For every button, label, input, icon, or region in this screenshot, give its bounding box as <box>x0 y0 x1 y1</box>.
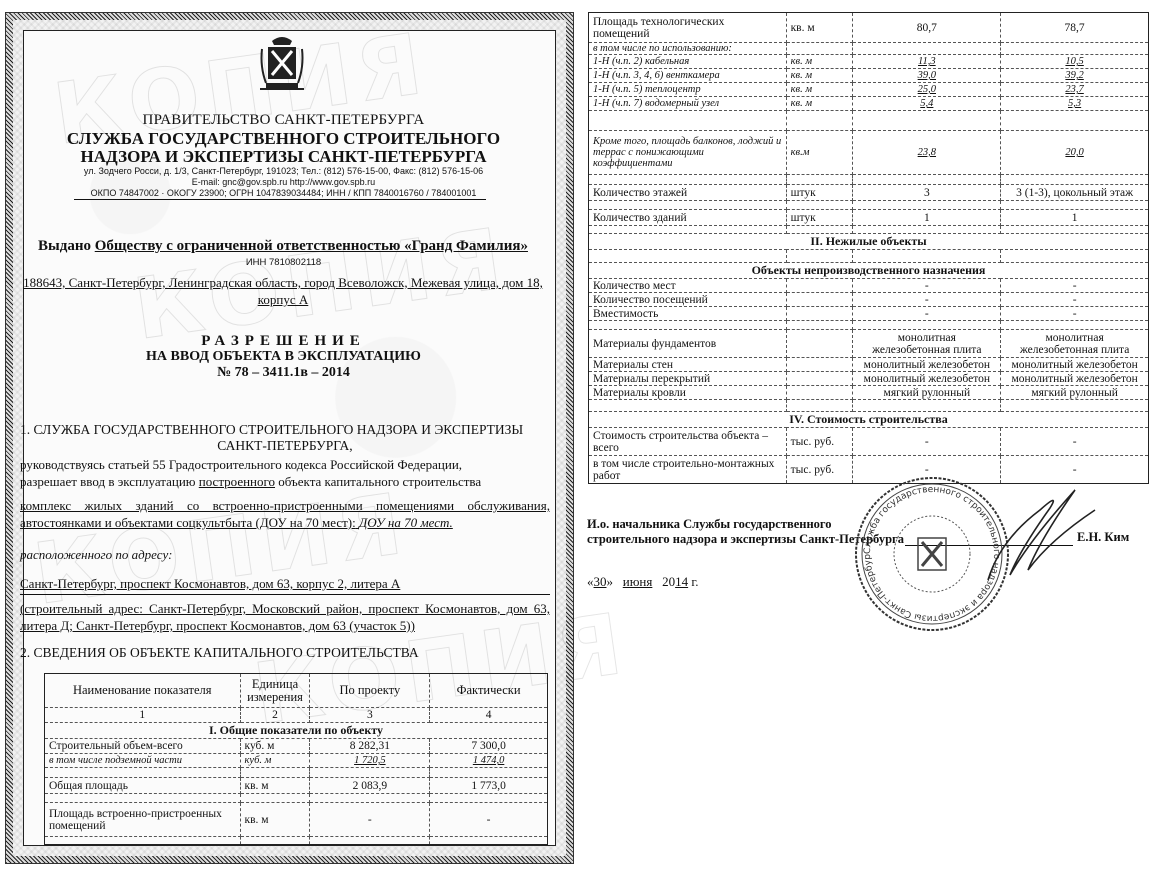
section-row: Объекты непроизводственного назначения <box>589 263 1149 279</box>
cell-name: Материалы перекрытий <box>589 372 787 386</box>
service-name-line1: СЛУЖБА ГОСУДАРСТВЕННОГО СТРОИТЕЛЬНОГО <box>22 129 545 149</box>
col-number: 2 <box>240 708 310 723</box>
cell-name: Количество этажей <box>589 185 787 201</box>
empty-cell <box>589 201 787 210</box>
empty-cell <box>45 837 241 845</box>
empty-cell <box>786 111 853 131</box>
table-row: Материалы перекрытиймонолитный железобет… <box>589 372 1149 386</box>
cell-actual: мягкий рулонный <box>1001 386 1149 400</box>
cell-unit: штук <box>786 185 853 201</box>
issue-date: «30» июня 2014 г. <box>587 574 698 590</box>
empty-cell <box>45 794 241 803</box>
blank-row <box>589 250 1149 263</box>
cell-name: Материалы стен <box>589 358 787 372</box>
cell-project: 80,7 <box>853 13 1001 43</box>
cell-unit: кв. м <box>786 13 853 43</box>
cell-unit: штук <box>786 210 853 226</box>
permits-prefix: разрешает ввод в эксплуатацию <box>20 474 196 489</box>
blank-row <box>589 111 1149 131</box>
empty-cell <box>240 768 310 778</box>
cell-project: монолитный железобетон <box>853 358 1001 372</box>
located-label: расположенного по адресу: <box>20 546 550 563</box>
object-location: Санкт-Петербург, проспект Космонавтов, д… <box>20 575 550 595</box>
table-row: 1-Н (ч.п. 3, 4, 6) венткамеракв. м39,039… <box>589 69 1149 83</box>
table-row: Строительный объем-всегокуб. м8 282,317 … <box>45 739 548 754</box>
cell-actual: - <box>1001 279 1149 293</box>
empty-cell <box>589 400 787 412</box>
legal-basis: руководствуясь статьей 55 Градостроитель… <box>20 456 550 490</box>
section-2-heading: 2. СВЕДЕНИЯ ОБ ОБЪЕКТЕ КАПИТАЛЬНОГО СТРО… <box>20 645 419 661</box>
empty-cell <box>1001 250 1149 263</box>
col-header-actual: Фактически <box>430 674 548 708</box>
issued-prefix: Выдано <box>38 238 91 254</box>
cell-project: 25,0 <box>853 83 1001 97</box>
table-row: 1-Н (ч.п. 7) водомерный узелкв. м5,45,3 <box>589 97 1149 111</box>
permit-number: № 78 – 3411.1в – 2014 <box>22 365 545 381</box>
cell-actual: монолитный железобетон <box>1001 358 1149 372</box>
table-row: 1-Н (ч.п. 5) теплоцентркв. м25,023,7 <box>589 83 1149 97</box>
empty-cell <box>853 321 1001 330</box>
cell-unit <box>786 330 853 358</box>
empty-cell <box>853 111 1001 131</box>
table-row: в том числе подземной частикуб. м1 720,5… <box>45 754 548 768</box>
cell-project: 3 <box>853 185 1001 201</box>
cell-project: - <box>310 803 430 837</box>
section-row: II. Нежилые объекты <box>589 234 1149 250</box>
cell-actual: 1 773,0 <box>430 778 548 794</box>
cell-project: 8 282,31 <box>310 739 430 754</box>
cell-project: монолитный железобетон <box>853 372 1001 386</box>
table-row: Материалы кровлимягкий рулонныймягкий ру… <box>589 386 1149 400</box>
empty-cell <box>310 837 430 845</box>
empty-cell <box>786 250 853 263</box>
cell-unit <box>786 307 853 321</box>
empty-cell <box>786 175 853 185</box>
cell-name: в том числе строительно-монтажных работ <box>589 456 787 484</box>
blank-row <box>45 768 548 778</box>
table-row: Материалы стенмонолитный железобетонмоно… <box>589 358 1149 372</box>
cell-unit: куб. м <box>240 754 310 768</box>
cell-project: 11,3 <box>853 55 1001 69</box>
table-row: в том числе по использованию: <box>589 43 1149 55</box>
company-inn: ИНН 7810802118 <box>22 257 545 268</box>
cell-unit: кв. м <box>786 55 853 69</box>
empty-cell <box>589 250 787 263</box>
section-row: IV. Стоимость строительства <box>589 412 1149 428</box>
empty-cell <box>853 201 1001 210</box>
empty-cell <box>430 794 548 803</box>
cell-project: - <box>853 279 1001 293</box>
cell-actual: 20,0 <box>1001 131 1149 175</box>
empty-cell <box>589 111 787 131</box>
section-title: Объекты непроизводственного назначения <box>589 263 1149 279</box>
cell-name: в том числе по использованию: <box>589 43 787 55</box>
cell-actual: 39,2 <box>1001 69 1149 83</box>
empty-cell <box>310 794 430 803</box>
header-divider <box>74 199 486 200</box>
object-info-table: Наименование показателя Единица измерени… <box>44 673 548 845</box>
cell-name: 1-Н (ч.п. 3, 4, 6) венткамера <box>589 69 787 83</box>
service-registry-codes: ОКПО 74847002 · ОКОГУ 23900; ОГРН 104783… <box>22 188 545 198</box>
cell-unit <box>786 372 853 386</box>
cell-project: - <box>853 307 1001 321</box>
cell-unit <box>786 358 853 372</box>
table-row: Площадь встроенно-пристроенных помещений… <box>45 803 548 837</box>
col-header-unit: Единица измерения <box>240 674 310 708</box>
cell-unit: кв. м <box>786 83 853 97</box>
government-name: ПРАВИТЕЛЬСТВО САНКТ-ПЕТЕРБУРГА <box>22 112 545 129</box>
empty-cell <box>1001 201 1149 210</box>
cell-name: Материалы кровли <box>589 386 787 400</box>
object-info-table-continued: Площадь технологических помещенийкв. м80… <box>588 12 1149 484</box>
empty-cell <box>1001 226 1149 234</box>
section-1-heading: 1. СЛУЖБА ГОСУДАРСТВЕННОГО СТРОИТЕЛЬНОГО… <box>20 422 550 454</box>
cell-project: 2 083,9 <box>310 778 430 794</box>
cell-unit: кв. м <box>786 69 853 83</box>
section-title: IV. Стоимость строительства <box>589 412 1149 428</box>
blank-row <box>589 175 1149 185</box>
cell-actual <box>1001 43 1149 55</box>
date-year-prefix: 20 <box>662 574 675 589</box>
empty-cell <box>240 837 310 845</box>
date-day: 30 <box>594 574 607 589</box>
cell-name: Кроме того, площадь балконов, лоджий и т… <box>589 131 787 175</box>
section-title: II. Нежилые объекты <box>589 234 1149 250</box>
cell-project: - <box>853 428 1001 456</box>
cell-unit: куб. м <box>240 739 310 754</box>
empty-cell <box>1001 111 1149 131</box>
empty-cell <box>240 794 310 803</box>
construction-address: (строительный адрес: Санкт-Петербург, Мо… <box>20 600 550 634</box>
empty-cell <box>853 400 1001 412</box>
cell-unit <box>786 386 853 400</box>
service-name-line2: НАДЗОРА И ЭКСПЕРТИЗЫ САНКТ-ПЕТЕРБУРГА <box>22 147 545 167</box>
cell-project: 5,4 <box>853 97 1001 111</box>
blank-row <box>589 201 1149 210</box>
cell-actual: - <box>1001 307 1149 321</box>
permits-suffix: объекта капитального строительства <box>278 474 481 489</box>
cell-project: 1 720,5 <box>310 754 430 768</box>
cell-actual: 1 474,0 <box>430 754 548 768</box>
coat-of-arms-icon <box>258 33 306 95</box>
cell-unit: тыс. руб. <box>786 428 853 456</box>
cell-actual: монолитный железобетон <box>1001 372 1149 386</box>
empty-cell <box>853 250 1001 263</box>
cell-actual: 23,7 <box>1001 83 1149 97</box>
table-row: 1-Н (ч.п. 2) кабельнаякв. м11,310,5 <box>589 55 1149 69</box>
section-1-line1: 1. СЛУЖБА ГОСУДАРСТВЕННОГО СТРОИТЕЛЬНОГО… <box>20 422 550 438</box>
empty-cell <box>430 837 548 845</box>
col-number: 4 <box>430 708 548 723</box>
col-header-project: По проекту <box>310 674 430 708</box>
issued-to: Выдано Обществу с ограниченной ответстве… <box>18 238 548 255</box>
object-description: комплекс жилых зданий со встроенно-прист… <box>20 497 550 531</box>
table-row: Кроме того, площадь балконов, лоджий и т… <box>589 131 1149 175</box>
blank-row <box>589 321 1149 330</box>
empty-cell <box>786 321 853 330</box>
blank-row <box>45 837 548 845</box>
object-description-italic: ДОУ на 70 мест. <box>359 515 453 530</box>
cell-name: Материалы фундаментов <box>589 330 787 358</box>
cell-actual: 7 300,0 <box>430 739 548 754</box>
cell-name: Количество зданий <box>589 210 787 226</box>
cell-unit: кв. м <box>240 778 310 794</box>
empty-cell <box>786 226 853 234</box>
cell-project: 1 <box>853 210 1001 226</box>
cell-name: Общая площадь <box>45 778 241 794</box>
date-month: июня <box>623 574 653 589</box>
cell-name: Количество посещений <box>589 293 787 307</box>
cell-name: Площадь технологических помещений <box>589 13 787 43</box>
cell-actual: 10,5 <box>1001 55 1149 69</box>
empty-cell <box>430 768 548 778</box>
table-row: Общая площадькв. м2 083,91 773,0 <box>45 778 548 794</box>
table-row: Площадь технологических помещенийкв. м80… <box>589 13 1149 43</box>
cell-name: 1-Н (ч.п. 5) теплоцентр <box>589 83 787 97</box>
cell-actual: монолитная железобетонная плита <box>1001 330 1149 358</box>
cell-name: Стоимость строительства объекта – всего <box>589 428 787 456</box>
table-row: Количество мест-- <box>589 279 1149 293</box>
empty-cell <box>45 768 241 778</box>
cell-name: Вместимость <box>589 307 787 321</box>
cell-unit: кв. м <box>786 97 853 111</box>
object-description-text: комплекс жилых зданий со встроенно-прист… <box>20 498 550 530</box>
table-row: Количество зданийштук11 <box>589 210 1149 226</box>
empty-cell <box>310 768 430 778</box>
cell-unit <box>786 293 853 307</box>
cell-project: монолитная железобетонная плита <box>853 330 1001 358</box>
table-row: Количество посещений-- <box>589 293 1149 307</box>
section-title: I. Общие показатели по объекту <box>45 723 548 739</box>
col-number: 3 <box>310 708 430 723</box>
signature-autograph-icon <box>980 480 1100 590</box>
section-1-line2: САНКТ-ПЕТЕРБУРГА, <box>20 438 550 454</box>
permit-subtitle: НА ВВОД ОБЪЕКТА В ЭКСПЛУАТАЦИЮ <box>22 349 545 365</box>
cell-actual: 5,3 <box>1001 97 1149 111</box>
table-row: Материалы фундаментовмонолитная железобе… <box>589 330 1149 358</box>
cell-actual: - <box>1001 428 1149 456</box>
blank-row <box>589 400 1149 412</box>
col-header-name: Наименование показателя <box>45 674 241 708</box>
cell-name: 1-Н (ч.п. 7) водомерный узел <box>589 97 787 111</box>
cell-name: 1-Н (ч.п. 2) кабельная <box>589 55 787 69</box>
empty-cell <box>589 175 787 185</box>
date-year-suffix: 14 <box>675 574 688 589</box>
table-row: Стоимость строительства объекта – всегот… <box>589 428 1149 456</box>
blank-row <box>45 794 548 803</box>
date-suffix: г. <box>691 574 698 589</box>
empty-cell <box>1001 321 1149 330</box>
issued-to-company: Обществу с ограниченной ответственностью… <box>95 238 528 254</box>
permit-title: РАЗРЕШЕНИЕ <box>22 333 545 350</box>
cell-project <box>853 43 1001 55</box>
empty-cell <box>786 201 853 210</box>
cell-unit: тыс. руб. <box>786 456 853 484</box>
cell-name: в том числе подземной части <box>45 754 241 768</box>
cell-project: мягкий рулонный <box>853 386 1001 400</box>
cell-project: 39,0 <box>853 69 1001 83</box>
cell-actual: 1 <box>1001 210 1149 226</box>
cell-actual: - <box>430 803 548 837</box>
empty-cell <box>1001 175 1149 185</box>
cell-project: - <box>853 293 1001 307</box>
cell-project: 23,8 <box>853 131 1001 175</box>
cell-name: Строительный объем-всего <box>45 739 241 754</box>
empty-cell <box>589 226 787 234</box>
column-numbers-row: 1 2 3 4 <box>45 708 548 723</box>
cell-name: Количество мест <box>589 279 787 293</box>
cell-unit <box>786 279 853 293</box>
empty-cell <box>853 226 1001 234</box>
section-row: I. Общие показатели по объекту <box>45 723 548 739</box>
cell-name: Площадь встроенно-пристроенных помещений <box>45 803 241 837</box>
empty-cell <box>786 400 853 412</box>
cell-unit: кв.м <box>786 131 853 175</box>
empty-cell <box>853 175 1001 185</box>
table-row: Вместимость-- <box>589 307 1149 321</box>
blank-row <box>589 226 1149 234</box>
permits-underlined: построенного <box>199 474 275 489</box>
empty-cell <box>1001 400 1149 412</box>
service-address: ул. Зодчего Росси, д. 1/3, Санкт-Петербу… <box>22 166 545 176</box>
table-row: Количество этажейштук33 (1-3), цокольный… <box>589 185 1149 201</box>
empty-cell <box>589 321 787 330</box>
cell-actual: 3 (1-3), цокольный этаж <box>1001 185 1149 201</box>
cell-actual: - <box>1001 293 1149 307</box>
table-header-row: Наименование показателя Единица измерени… <box>45 674 548 708</box>
col-number: 1 <box>45 708 241 723</box>
legal-basis-text: руководствуясь статьей 55 Градостроитель… <box>20 457 462 472</box>
company-address: 188643, Санкт-Петербург, Ленинградская о… <box>18 274 548 308</box>
service-contacts: E-mail: gnc@gov.spb.ru http://www.gov.sp… <box>22 177 545 187</box>
cell-actual: 78,7 <box>1001 13 1149 43</box>
cell-unit <box>786 43 853 55</box>
cell-unit: кв. м <box>240 803 310 837</box>
